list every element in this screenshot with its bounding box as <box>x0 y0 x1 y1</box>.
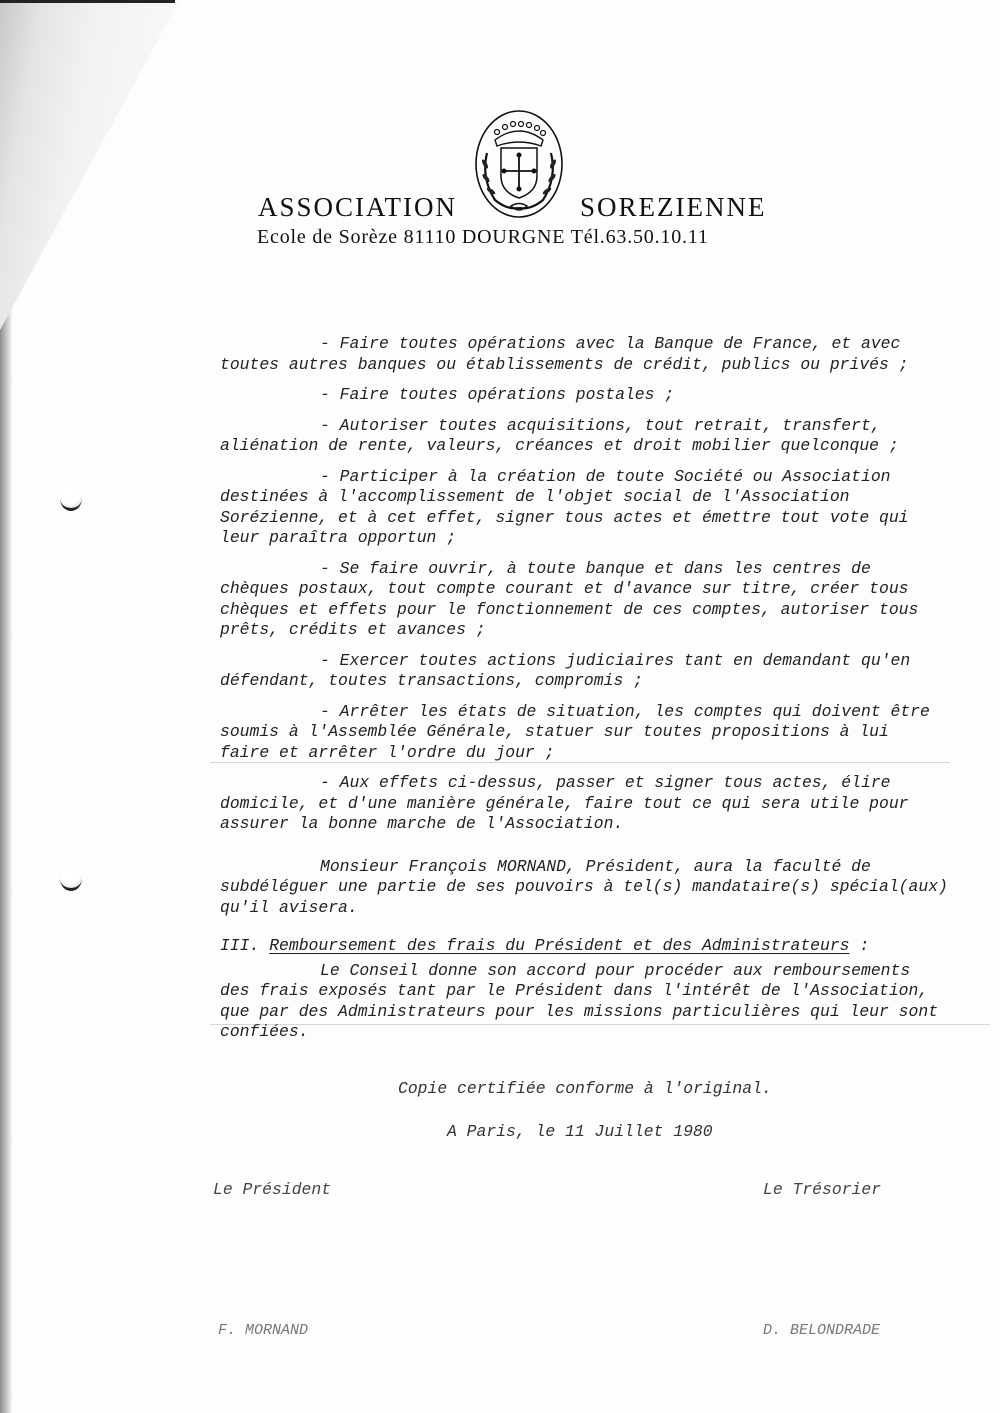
section-iii-heading: III. Remboursement des frais du Présiden… <box>220 936 950 957</box>
paragraph-operations-postales: - Faire toutes opérations postales ; <box>220 385 950 406</box>
paragraph-subdelegation: Monsieur François MORNAND, Président, au… <box>220 857 950 919</box>
signature-role-tresorier: Le Trésorier <box>763 1180 881 1199</box>
paragraph-etats-de-situation: - Arrêter les états de situation, les co… <box>220 702 950 764</box>
coat-of-arms-crest-icon <box>473 108 565 220</box>
signatory-name-president: F. MORNAND <box>218 1322 308 1339</box>
paragraph-actions-judiciaires: - Exercer toutes actions judiciaires tan… <box>220 651 950 692</box>
certification-statement: Copie certifiée conforme à l'original. <box>398 1079 772 1098</box>
scan-artifact-line <box>210 762 950 763</box>
document-body: - Faire toutes opérations avec la Banque… <box>220 334 950 1053</box>
place-and-date: A Paris, le 11 Juillet 1980 <box>447 1122 713 1141</box>
paragraph-comptes-bancaires: - Se faire ouvrir, à toute banque et dan… <box>220 559 950 641</box>
signature-role-president: Le Président <box>213 1180 331 1199</box>
scan-top-edge <box>0 0 175 3</box>
paragraph-creation-societe: - Participer à la création de toute Soci… <box>220 467 950 549</box>
paragraph-effets-ci-dessus: - Aux effets ci-dessus, passer et signer… <box>220 773 950 835</box>
scan-artifact-line <box>210 1024 990 1025</box>
binder-hole-icon <box>60 866 82 891</box>
binder-hole-icon <box>60 486 82 511</box>
section-title: Remboursement des frais du Président et … <box>269 936 849 955</box>
letterhead: ASSOCIATION SOREZIENNE Ecole de Sorèze 8… <box>255 108 790 258</box>
org-name-left: ASSOCIATION <box>258 192 457 223</box>
org-address: Ecole de Sorèze 81110 DOURGNE Tél.63.50.… <box>257 226 709 249</box>
paragraph-remboursement: Le Conseil donne son accord pour procéde… <box>220 961 950 1043</box>
org-name-right: SOREZIENNE <box>580 192 766 223</box>
folded-corner-shadow <box>0 0 180 330</box>
paragraph-acquisitions: - Autoriser toutes acquisitions, tout re… <box>220 416 950 457</box>
signatory-name-tresorier: D. BELONDRADE <box>763 1322 880 1339</box>
paragraph-banque-de-france: - Faire toutes opérations avec la Banque… <box>220 334 950 375</box>
section-number: III. <box>220 936 269 955</box>
